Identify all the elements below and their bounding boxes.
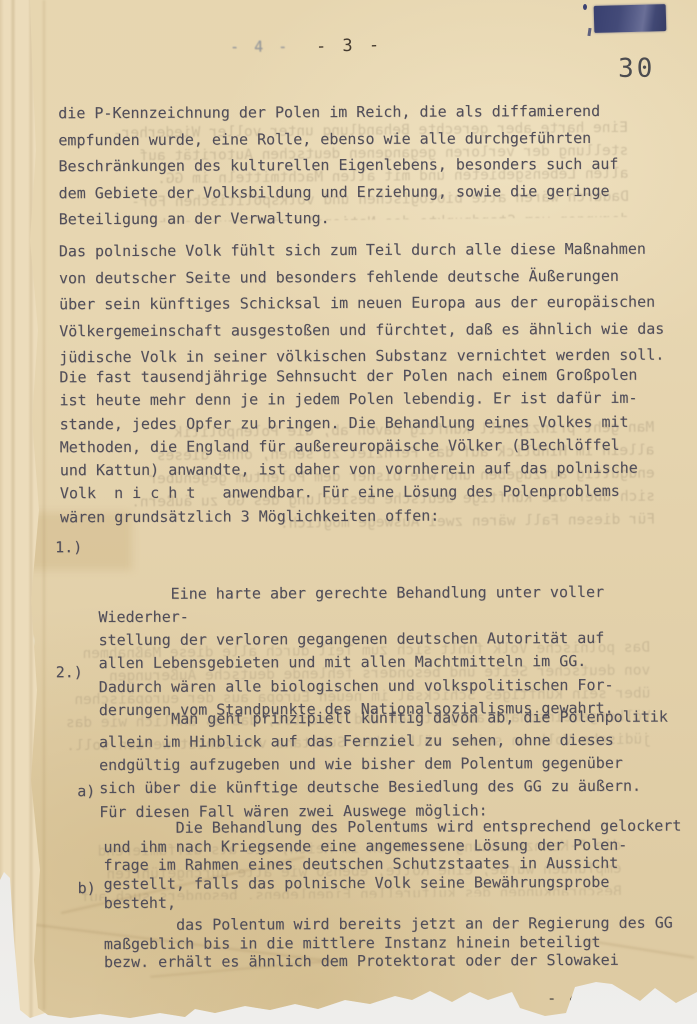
item-marker: a) [77, 782, 95, 801]
page-number: - 3 - [316, 32, 383, 60]
footer-page-number: - 4 - [547, 985, 602, 1012]
paper-sheet: Eine harte aber gerechte Behandlung unte… [0, 0, 697, 1024]
sub-item-b: b) das Polentum wird bereits jetzt an de… [78, 877, 684, 991]
archive-sheet-number: 30 [618, 56, 655, 83]
item-marker: 2.) [56, 661, 83, 684]
item-marker: 1.) [55, 536, 82, 559]
document-page: Eine harte aber gerechte Behandlung unte… [0, 0, 697, 1024]
paragraph: die P-Kennzeichnung der Polen im Reich, … [58, 98, 681, 233]
paragraph: Die fast tausendjährige Sehnsucht der Po… [59, 364, 682, 530]
stamp-ink-dot [583, 4, 587, 10]
item-text: das Polentum wird bereits jetzt an der R… [104, 914, 673, 972]
item-marker: b) [78, 879, 96, 898]
paragraph: Das polnische Volk fühlt sich zum Teil d… [59, 236, 682, 371]
ghost-page-number: - 4 - [230, 33, 290, 60]
typed-text-layer: Eine harte aber gerechte Behandlung unte… [0, 0, 697, 1024]
ink-stamp-icon [594, 4, 667, 33]
